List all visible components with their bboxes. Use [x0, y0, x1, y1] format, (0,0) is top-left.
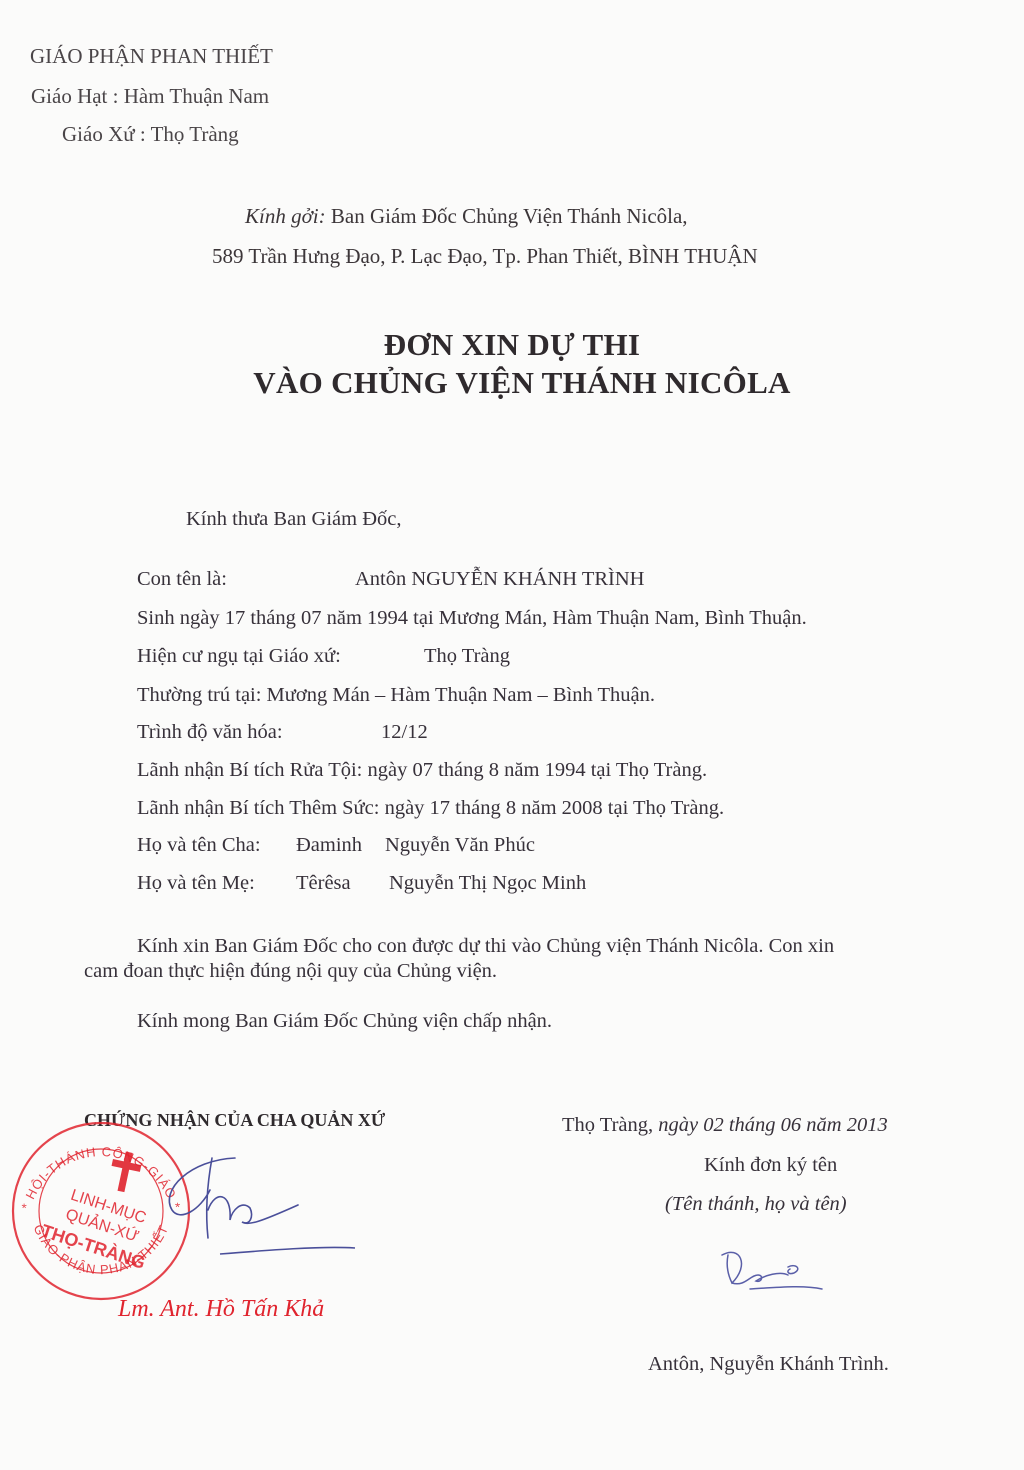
applicant-signature [710, 1245, 830, 1295]
priest-name: Lm. Ant. Hồ Tấn Khả [118, 1296, 324, 1323]
request-closing: Kính mong Ban Giám Đốc Chủng viện chấp n… [137, 1010, 552, 1033]
father-label: Họ và tên Cha: [137, 834, 261, 857]
priest-signature [150, 1150, 370, 1260]
request-line2: cam đoan thực hiện đúng nội quy của Chủn… [84, 960, 497, 983]
mother-saint-name: Têrêsa [296, 872, 351, 895]
recipient-prefix: Kính gởi: [245, 204, 326, 228]
residence-value: Thọ Tràng [424, 645, 510, 668]
father-name: Nguyễn Văn Phúc [385, 834, 535, 857]
document-title-line1: ĐƠN XIN DỰ THI [0, 327, 1024, 363]
mother-label: Họ và tên Mẹ: [137, 872, 255, 895]
education-label: Trình độ văn hóa: [137, 721, 283, 744]
confirmation-line: Lãnh nhận Bí tích Thêm Sức: ngày 17 thán… [137, 797, 724, 820]
father-saint-name: Đaminh [296, 834, 362, 857]
baptism-line: Lãnh nhận Bí tích Rửa Tội: ngày 07 tháng… [137, 759, 707, 782]
date-place: Thọ Tràng, [562, 1114, 653, 1136]
salutation: Kính thưa Ban Giám Đốc, [186, 508, 402, 531]
parish-line: Giáo Xứ : Thọ Tràng [62, 122, 239, 147]
date-value: ngày 02 tháng 06 năm 2013 [653, 1114, 888, 1136]
recipient-address: 589 Trần Hưng Đạo, P. Lạc Đạo, Tp. Phan … [212, 244, 758, 269]
birth-line: Sinh ngày 17 tháng 07 năm 1994 tại Mương… [137, 607, 807, 630]
permanent-address-line: Thường trú tại: Mương Mán – Hàm Thuận Na… [137, 684, 655, 707]
document-title-line2: VÀO CHỦNG VIỆN THÁNH NICÔLA [10, 365, 1024, 401]
recipient-line: Kính gởi: Ban Giám Đốc Chủng Viện Thánh … [245, 204, 688, 229]
name-label: Con tên là: [137, 568, 227, 591]
residence-label: Hiện cư ngụ tại Giáo xứ: [137, 645, 341, 668]
recipient-name: Ban Giám Đốc Chủng Viện Thánh Nicôla, [326, 204, 688, 228]
sign-label: Kính đơn ký tên [704, 1154, 837, 1177]
mother-name: Nguyễn Thị Ngọc Minh [389, 872, 586, 895]
request-line1: Kính xin Ban Giám Đốc cho con được dự th… [137, 935, 834, 958]
date-line: Thọ Tràng, ngày 02 tháng 06 năm 2013 [562, 1114, 888, 1137]
signer-name: Antôn, Nguyễn Khánh Trình. [648, 1353, 889, 1376]
signature-hint: (Tên thánh, họ và tên) [665, 1193, 847, 1216]
diocese-heading: GIÁO PHẬN PHAN THIẾT [30, 44, 273, 69]
name-value: Antôn NGUYỄN KHÁNH TRÌNH [355, 568, 644, 591]
education-value: 12/12 [381, 721, 428, 744]
deanery-line: Giáo Hạt : Hàm Thuận Nam [31, 84, 269, 109]
